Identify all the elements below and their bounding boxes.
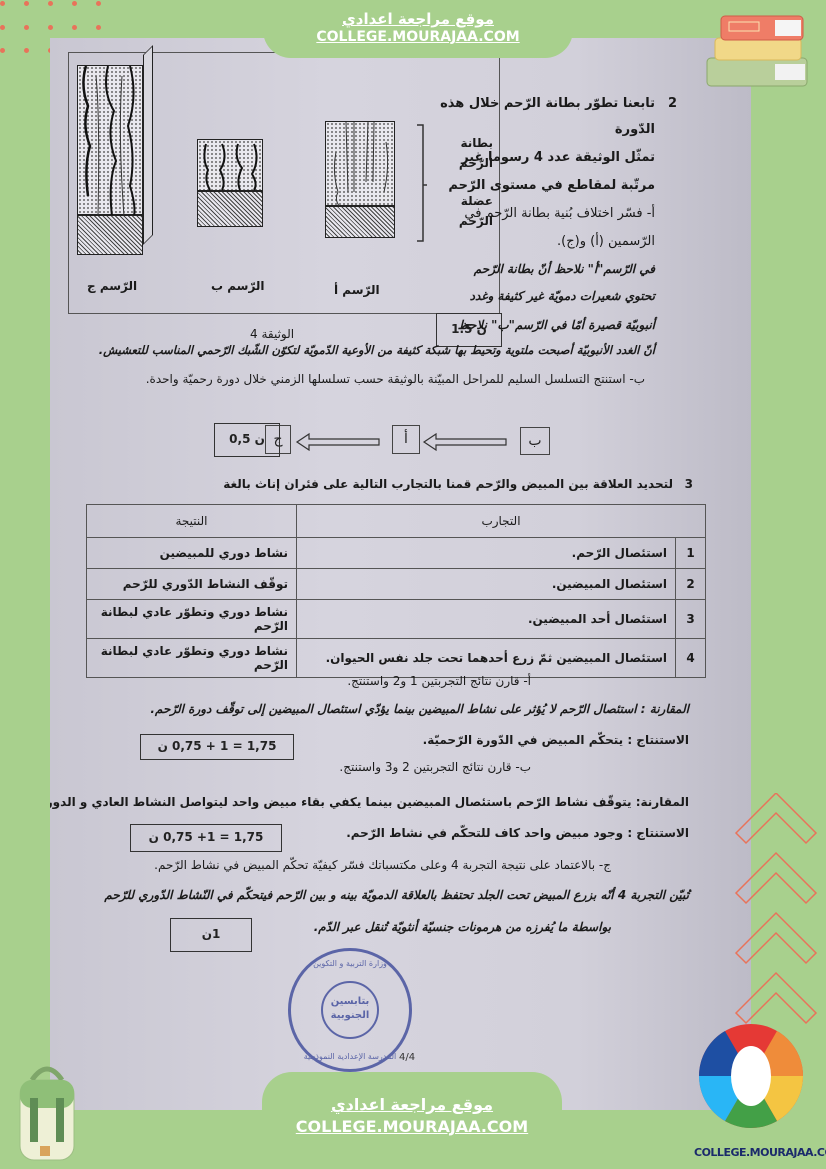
row-experiment: استئصال المبيضين.	[297, 569, 676, 600]
stamp-ring-bottom: المدرسة الإعدادية النموذجية	[291, 1052, 409, 1061]
row-result: نشاط دوري وتطوّر عادي لبطانة الرّحم	[87, 639, 297, 678]
question-2a-1: أ- فسّر اختلاف بُنية بطانة الرّحم في	[464, 206, 655, 221]
section-2-title-1: تابعنا تطوّر بطانة الرّحم خلال هذه	[440, 96, 655, 111]
answer-3b-conclusion: الاستنتاج : وجود مبيض واحد كاف للتحكّم ف…	[346, 826, 689, 840]
site-footer-banner[interactable]: موقع مراجعة اعدادي COLLEGE.MOURAJAA.COM	[262, 1072, 562, 1169]
footer-site-url-link[interactable]: COLLEGE.MOURAJAA.COM	[262, 1116, 562, 1138]
footer-site-name-ar[interactable]: موقع مراجعة اعدادي	[262, 1072, 562, 1116]
question-3c: ج- بالاعتماد على نتيجة التجربة 4 وعلى مك…	[154, 858, 611, 872]
table-row: 2 استئصال المبيضين. توقّف النشاط الدّوري…	[87, 569, 706, 600]
books-icon	[695, 10, 817, 96]
stamp-center-line-1: بتابسين	[323, 995, 377, 1009]
answer-3b-comparison: المقارنة: يتوقّف نشاط الرّحم باستئصال ال…	[50, 795, 689, 809]
score-box-3c: 1ن	[170, 918, 252, 952]
label-drawing-a: الرّسم أ	[334, 283, 380, 297]
row-experiment: استئصال أحد المبيضين.	[297, 600, 676, 639]
question-3a: أ- قارن نتائج التجربتين 1 و2 واستنتج.	[347, 674, 531, 688]
figure-caption: الوثيقة 4	[250, 327, 294, 341]
sequence-step-a: أ	[392, 425, 420, 454]
frame-left	[0, 0, 50, 1169]
section-2-number: 2	[668, 96, 677, 111]
site-header-banner[interactable]: موقع مراجعة اعدادي COLLEGE.MOURAJAA.COM	[263, 0, 573, 58]
question-3b: ب- قارن نتائج التجربتين 2 و3 واستنتج.	[339, 760, 531, 774]
document-4-figure: بطانة الرّحم عضلة الرّحم الرّسم أ الرّسم…	[68, 52, 500, 314]
table-header-row: التجارب النتيجة	[87, 505, 706, 538]
answer-3c-1: تُبيّن التجربة 4 أنّه بزرع المبيض تحت ال…	[104, 888, 689, 902]
answer-2a-1: في الرّسم"أ" نلاحظ أنّ بطانة الرّحم	[474, 262, 655, 276]
chevrons-decoration-icon	[734, 793, 818, 1033]
backpack-icon	[12, 1058, 82, 1164]
page-number: 4/4	[399, 1052, 415, 1063]
header-experiments: التجارب	[297, 505, 706, 538]
endometrium-c	[77, 65, 143, 215]
answer-2a-4: أنّ الغدد الأنبوبيّة أصبحت ملتوية وتحيط …	[99, 343, 655, 357]
site-url-link[interactable]: COLLEGE.MOURAJAA.COM	[263, 28, 573, 46]
row-experiment: استئصال المبيضين ثمّ زرع أحدهما تحت جلد …	[297, 639, 676, 678]
arrow-left-icon	[422, 433, 508, 451]
question-2b: ب- استنتج التسلسل السليم للمراحل المبيّن…	[146, 372, 645, 386]
row-experiment: استئصال الرّحم.	[297, 538, 676, 569]
myometrium-a	[325, 206, 395, 238]
label-drawing-c: الرّسم ج	[87, 279, 137, 293]
scanned-exam-page: بطانة الرّحم عضلة الرّحم الرّسم أ الرّسم…	[50, 38, 751, 1110]
row-result: نشاط دوري للمبيضين	[87, 538, 297, 569]
section-2-intro-1: تمثّل الوثيقة عدد 4 رسوما غير	[461, 150, 655, 165]
table-row: 1 استئصال الرّحم. نشاط دوري للمبيضين	[87, 538, 706, 569]
table-row: 4 استئصال المبيضين ثمّ زرع أحدهما تحت جل…	[87, 639, 706, 678]
glands-c-icon	[78, 66, 144, 216]
section-2-intro-2: مرتّبة لمقاطع في مستوى الرّحم	[448, 178, 655, 193]
score-box-3b: 1,75 = 1+ 0,75 ن	[130, 824, 282, 852]
answer-2a-3: أنبوبيّة قصيرة أمّا في الرّسم"ب" نلاحظ	[458, 318, 655, 332]
bracket-icon	[415, 123, 429, 243]
row-result: نشاط دوري وتطوّر عادي لبطانة الرّحم	[87, 600, 297, 639]
site-name-ar[interactable]: موقع مراجعة اعدادي	[263, 0, 573, 28]
stamp-center: بتابسين الجنوبية	[321, 981, 379, 1039]
answer-3c-2: بواسطة ما يُفرزه من هرمونات جنسيّة أنثوي…	[314, 920, 611, 934]
table-row: 3 استئصال أحد المبيضين. نشاط دوري وتطوّر…	[87, 600, 706, 639]
school-stamp: وزارة التربية و التكوين بتابسين الجنوبية…	[288, 948, 412, 1072]
logo-caption: COLLEGE.MOURAJAA.COM	[694, 1146, 826, 1159]
answer-3a-conclusion: الاستنتاج : يتحكّم المبيض في الدّورة الر…	[423, 733, 689, 747]
question-2a-2: الرّسمين (أ) و(ج).	[557, 234, 655, 249]
sequence-step-b: ب	[520, 427, 550, 455]
glands-b-icon	[198, 140, 264, 192]
score-box-3a: 1,75 = 1 + 0,75 ن	[140, 734, 294, 760]
row-number: 2	[676, 569, 706, 600]
section-3-number: 3	[685, 477, 693, 491]
site-logo-icon	[695, 1020, 807, 1140]
stamp-center-line-2: الجنوبية	[323, 1009, 377, 1023]
row-result: توقّف النشاط الدّوري للرّحم	[87, 569, 297, 600]
section-2-title-2: الدّورة	[615, 122, 655, 137]
answer-3a-comparison: المقارنة : استئصال الرّحم لا يُؤثر على ن…	[150, 702, 689, 716]
myometrium-c	[77, 215, 143, 255]
header-result: النتيجة	[87, 505, 297, 538]
stamp-ring-top: وزارة التربية و التكوين	[291, 951, 409, 968]
arrow-left-icon	[295, 433, 381, 451]
score-box-sequence: 0,5 ن	[214, 423, 280, 457]
row-number: 4	[676, 639, 706, 678]
row-number: 3	[676, 600, 706, 639]
section-3-title: لتحديد العلاقة بين المبيض والرّحم قمنا ب…	[223, 477, 673, 491]
answer-2a-2: تحتوي شعيرات دمويّة غير كثيفة وغدد	[470, 289, 655, 303]
row-number: 1	[676, 538, 706, 569]
label-drawing-b: الرّسم ب	[211, 279, 265, 293]
myometrium-b	[197, 191, 263, 227]
experiments-table: التجارب النتيجة 1 استئصال الرّحم. نشاط د…	[86, 504, 706, 678]
glands-a-icon	[326, 122, 396, 207]
endometrium-a	[325, 121, 395, 206]
endometrium-b	[197, 139, 263, 191]
side-face-c	[143, 45, 153, 245]
